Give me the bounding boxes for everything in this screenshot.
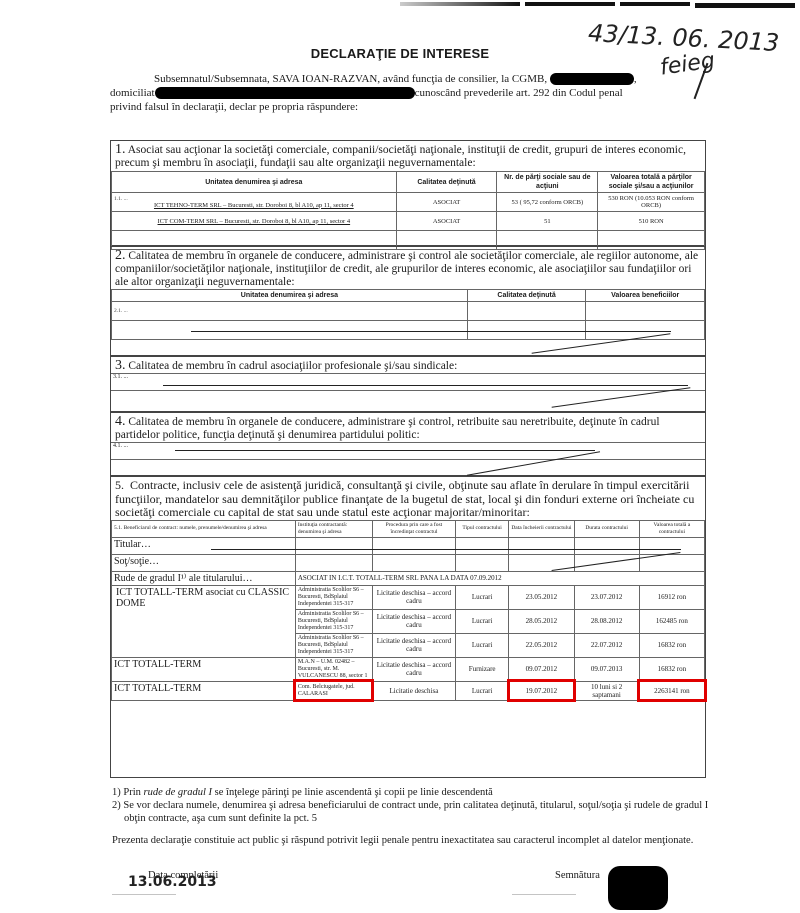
section-2: 2. Calitatea de membru în organele de co… (110, 246, 706, 356)
row-rude: Rude de gradul I¹⁾ ale titularului… ASOC… (112, 571, 705, 585)
section-4: 4. Calitatea de membru în organele de co… (110, 412, 706, 476)
section-1: 1. Asociat sau acţionar la societăţi com… (110, 140, 706, 246)
highlight-institution: Com. Belciugatele, jud. CALARASI (295, 681, 372, 700)
signature-dots: ................................ (512, 888, 576, 897)
table-row: ICT TOTALL-TERM M.A.N – U.M. 02482 – Buc… (112, 657, 705, 681)
section-1-table: Unitatea denumirea şi adresa Calitatea d… (111, 171, 705, 250)
col-header: Calitatea deţinută (396, 172, 497, 193)
strike-line (191, 331, 671, 332)
row-sot: Soţ/soţie… (112, 554, 705, 571)
rude-note: ASOCIAT IN I.C.T. TOTALL-TERM SRL PANA L… (295, 571, 704, 585)
section-1-heading: 1. Asociat sau acţionar la societăţi com… (111, 141, 705, 170)
redaction-block (550, 73, 634, 85)
section-5-heading: 5. Contracte, inclusiv cele de asistenţă… (111, 477, 705, 520)
table-row: 1.1. ...ICT TEHNO-TERM SRL – Bucuresti, … (112, 193, 705, 212)
section-5: 5. Contracte, inclusiv cele de asistenţă… (110, 476, 706, 778)
col-header: Nr. de părţi sociale sau de acţiuni (497, 172, 598, 193)
col-header: Valoarea totală a părţilor sociale şi/sa… (598, 172, 705, 193)
section-2-table: Unitatea denumirea şi adresa Calitatea d… (111, 289, 705, 340)
section-3: 3. Calitatea de membru în cadrul asociaţ… (110, 356, 706, 412)
table-row-highlighted: ICT TOTALL-TERM Com. Belciugatele, jud. … (112, 681, 705, 700)
intro-statement: Subsemnatul/Subsemnata, SAVA IOAN-RAZVAN… (110, 72, 700, 114)
signature-redaction (608, 866, 668, 910)
strike-line (175, 450, 595, 451)
intro-line-3: privind falsul în declaraţii, declar pe … (110, 101, 358, 113)
strike-line (163, 385, 688, 386)
page-title: DECLARAŢIE DE INTERESE (0, 46, 800, 61)
section-5-table: 5.1. Beneficiarul de contract: numele, p… (111, 520, 705, 701)
intro-line-2a: domiciliat (110, 87, 155, 99)
section-3-heading: 3. Calitatea de membru în cadrul asociaţ… (111, 357, 705, 373)
signature-label: Semnătura (555, 870, 600, 881)
redaction-block (155, 87, 415, 99)
table-row: ICT TOTALL-TERM asociat cu CLASSIC DOME … (112, 585, 705, 609)
intro-line-2b: cunoscând prevederile art. 292 din Codul… (415, 87, 623, 99)
strike-line (211, 549, 681, 550)
highlight-value: 2263141 ron (639, 681, 704, 700)
date-dots: ................................ (112, 888, 176, 897)
table-row: ICT COM-TERM SRL – Bucuresti, str. Dorob… (112, 212, 705, 231)
col-header: Unitatea denumirea şi adresa (112, 172, 397, 193)
section-4-heading: 4. Calitatea de membru în organele de co… (111, 413, 705, 442)
intro-line-1: Subsemnatul/Subsemnata, SAVA IOAN-RAZVAN… (154, 73, 547, 85)
scan-edge (0, 0, 800, 14)
section-2-heading: 2. Calitatea de membru în organele de co… (111, 247, 705, 289)
footnotes: 1) Prin rude de gradul I se înţelege păr… (112, 786, 712, 847)
row-titular: Titular… (112, 537, 705, 554)
highlight-date: 19.07.2012 (509, 681, 574, 700)
